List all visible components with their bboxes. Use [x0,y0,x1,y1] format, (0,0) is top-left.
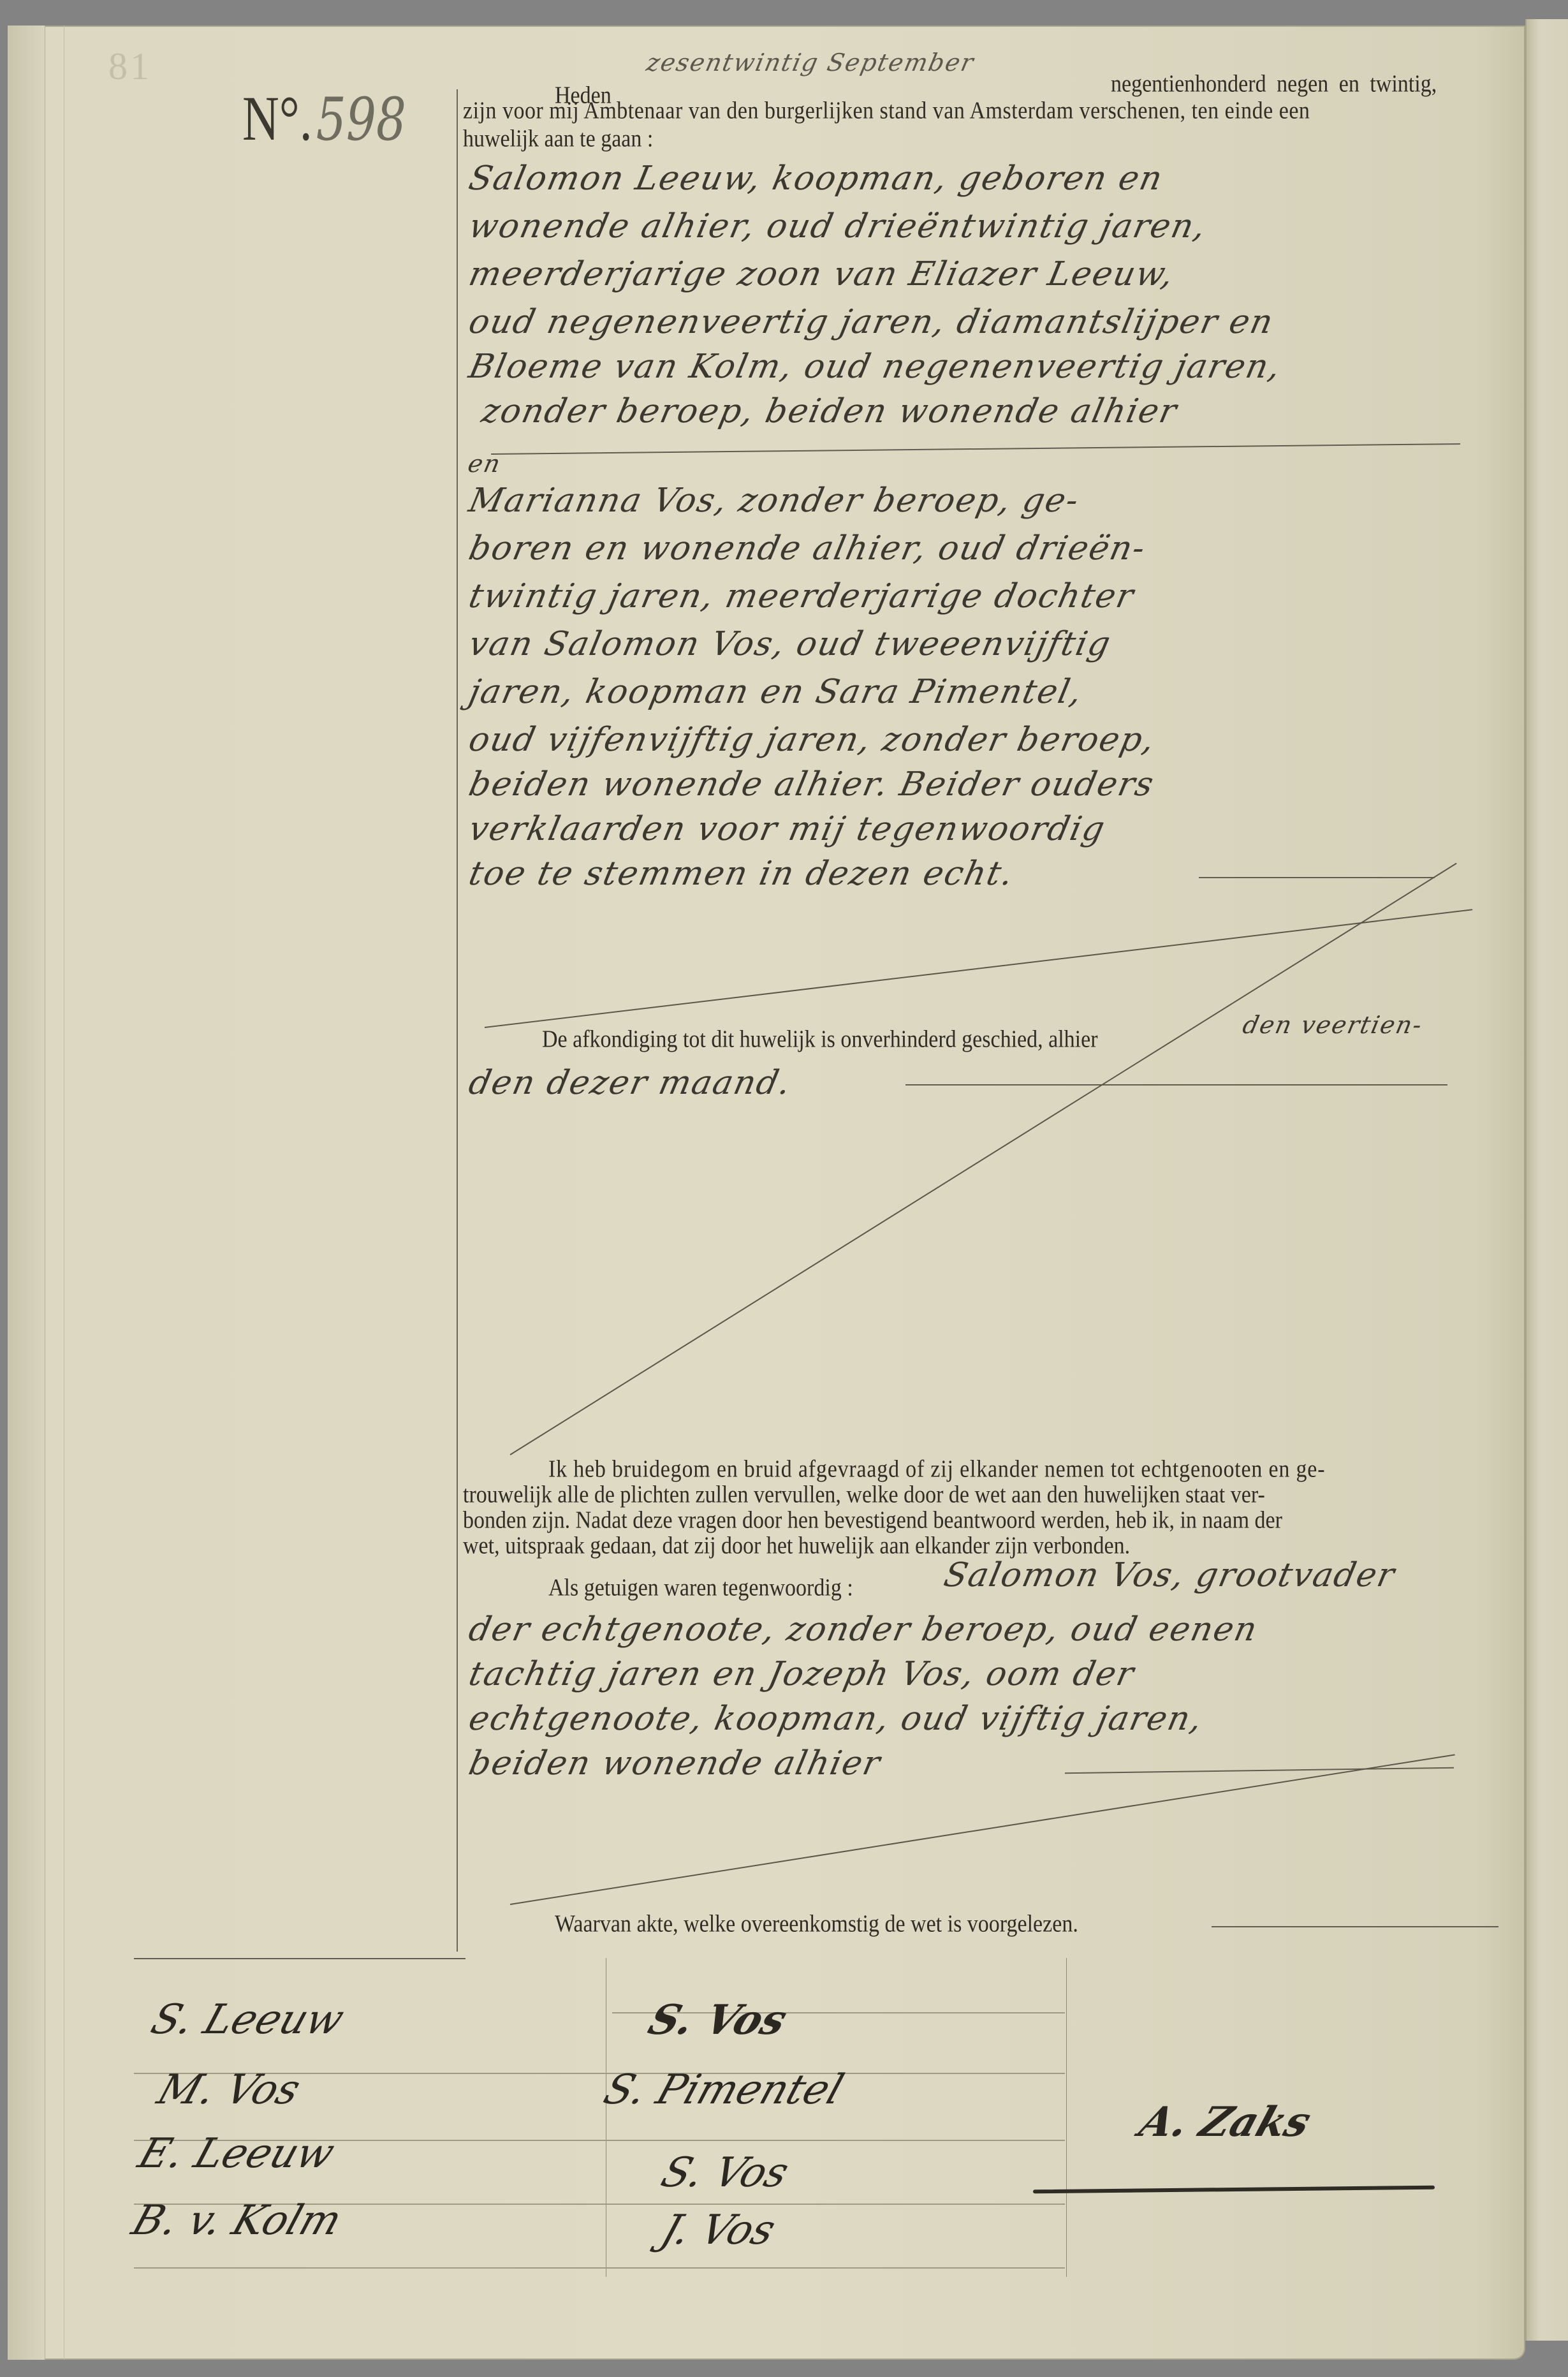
signature-groom: S. Leeuw [145,1996,350,2043]
bride-line-3: twintig jaren, meerderjarige dochter [465,577,1138,615]
bride-line-1: Marianna Vos, zonder beroep, ge- [465,482,1083,520]
signature-official: A. Zaks [1134,2098,1317,2146]
margin-rule [64,26,64,2360]
page-stamp: 81 [108,45,152,89]
page-edge [8,26,45,2360]
afkondiging-end-line [905,1084,1447,1085]
witness-line-1: Salomon Vos, grootvader [941,1556,1399,1594]
declaration-line-2: trouwelijk alle de plichten zullen vervu… [463,1481,1265,1510]
signature-witness-2: J. Vos [656,2207,781,2254]
closing-text: Waarvan akte, welke overeenkomstig de we… [555,1910,1078,1939]
bride-line-8: verklaarden voor mij tegenwoordig [465,810,1109,848]
bride-end-line [1199,877,1435,878]
afkondiging-hand-1: den veertien- [1240,1011,1426,1039]
signature-groom-mother: B. v. Kolm [126,2197,348,2244]
witnesses-label: Als getuigen waren tegenwoordig : [548,1574,853,1603]
groom-line-2: wonende alhier, oud drieëntwintig jaren, [465,207,1210,246]
bride-en: en [465,450,504,478]
witness-line-3: tachtig jaren en Jozeph Vos, oom der [465,1655,1138,1693]
column-rule [457,89,458,1952]
witness-line-2: der echtgenoote, zonder beroep, oud eene… [465,1610,1261,1649]
signature-groom-father: E. Leeuw [133,2130,341,2177]
declaration-line-3: bonden zijn. Nadat deze vragen door hen … [463,1506,1282,1535]
intro-line-3: huwelijk aan te gaan : [463,125,653,154]
bride-line-7: beiden wonende alhier. Beider ouders [465,765,1158,804]
afkondiging-printed: De afkondiging tot dit huwelijk is onver… [542,1026,1098,1054]
afkondiging-hand-2: den dezer maand. [465,1064,795,1102]
intro-date-hand: zesentwintig September [644,48,977,77]
bride-line-5: jaren, koopman en Sara Pimentel, [465,673,1087,711]
next-page-edge [1525,19,1568,2341]
signature-bride: M. Vos [152,2066,306,2114]
witness-line-5: beiden wonende alhier [465,1744,884,1783]
signature-top-rule [134,1958,465,1959]
closing-end-line [1212,1926,1498,1927]
bride-line-2: boren en wonende alhier, oud drieën- [465,529,1150,568]
signature-col-rule-1 [606,1958,606,2277]
intro-year: negentienhonderd negen en twintig, [1111,70,1437,99]
groom-line-1: Salomon Leeuw, koopman, geboren en [465,159,1167,198]
signature-line-5 [134,2267,1065,2269]
signature-bride-mother: S. Pimentel [598,2066,849,2114]
witness-line-4: echtgenoote, koopman, oud vijftig jaren, [465,1700,1206,1738]
declaration-line-1: Ik heb bruidegom en bruid afgevraagd of … [548,1455,1325,1484]
bride-line-9: toe te stemmen in dezen echt. [465,855,1018,893]
groom-line-6: zonder beroep, beiden wonende alhier [478,392,1181,431]
signature-col-rule-2 [1066,1958,1067,2277]
groom-line-5: Bloeme van Kolm, oud negenenveertig jare… [465,348,1285,386]
record-number: N°.598 [242,83,406,156]
groom-line-3: meerderjarige zoon van Eliazer Leeuw, [465,255,1178,293]
bride-line-4: van Salomon Vos, oud tweeenvijftig [465,625,1115,663]
signature-bride-father: S. Vos [643,1996,793,2044]
intro-line-2: zijn voor mij Ambtenaar van den burgerli… [463,97,1310,126]
bride-line-6: oud vijfenvijftig jaren, zonder beroep, [465,721,1159,759]
record-number-value: 598 [316,85,406,154]
signature-witness-1: S. Vos [656,2149,795,2197]
groom-line-4: oud negenenveertig jaren, diamantslijper… [465,303,1277,341]
record-number-label: N°. [242,84,312,154]
